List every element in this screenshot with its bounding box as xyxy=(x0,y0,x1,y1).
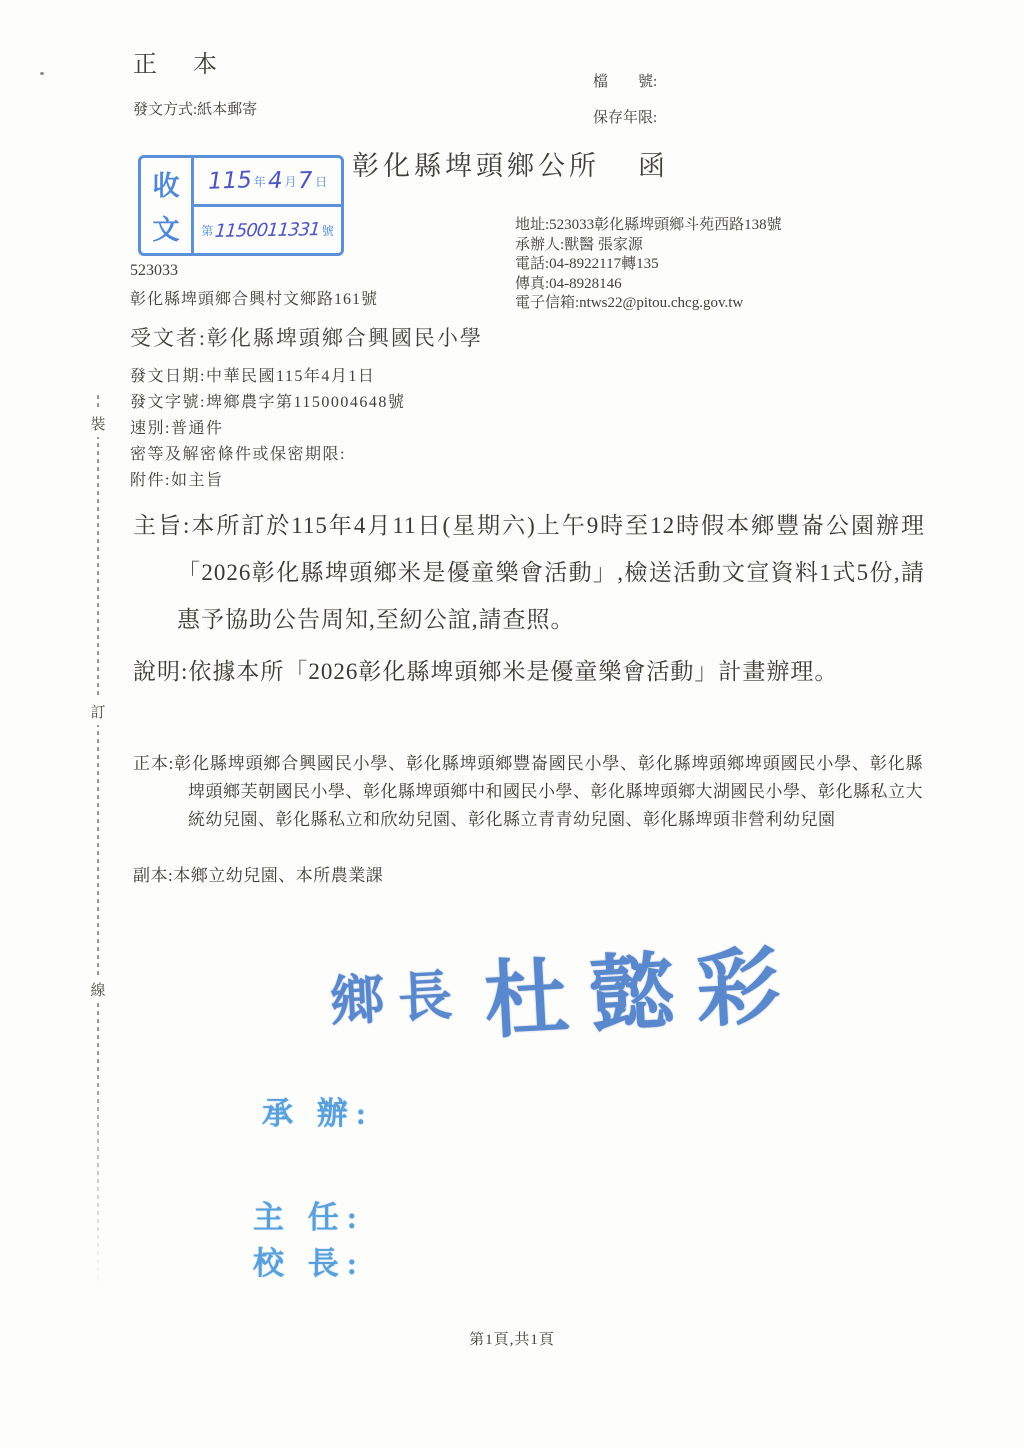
recipient-zip: 523033 xyxy=(130,262,178,280)
scan-speck xyxy=(40,72,44,75)
issuer-phone: 電話:04-8922117轉135 xyxy=(515,255,782,275)
file-number-label: 檔 號: xyxy=(593,70,657,91)
binding-dashed-line xyxy=(97,395,99,1290)
approval-handler-stamp: 承 辦: xyxy=(262,1088,374,1133)
receipt-stamp: 收 文 115 年 4 月 7 日 第 1150011331 號 xyxy=(138,155,344,256)
speed-class: 速別:普通件 xyxy=(130,416,405,442)
description-text: 依據本所「2026彰化縣埤頭鄉米是優童樂會活動」計畫辦理。 xyxy=(188,659,838,684)
mayor-signature-stamp: 鄉長杜懿彩 xyxy=(327,918,803,1063)
binding-char-zhuang: 裝 xyxy=(89,410,107,437)
issuer-address: 地址:523033彰化縣埤頭鄉斗苑西路138號 xyxy=(515,216,782,236)
receipt-year-value: 115 xyxy=(207,167,252,195)
receipt-stamp-fields: 115 年 4 月 7 日 第 1150011331 號 xyxy=(191,158,341,253)
receipt-stamp-label: 收 文 xyxy=(141,158,191,253)
original-list: 彰化縣埤頭鄉合興國民小學、彰化縣埤頭鄉豐崙國民小學、彰化縣埤頭鄉埤頭國民小學、彰… xyxy=(174,754,923,829)
copy-type-label: 正 本 xyxy=(133,44,223,79)
page-footer: 第1頁,共1頁 xyxy=(0,1328,1024,1349)
issue-date: 發文日期:中華民國115年4月1日 xyxy=(130,364,405,390)
subject-paragraph: 主旨:本所訂於115年4月11日(星期六)上午9時至12時假本鄉豐崙公園辦理「2… xyxy=(133,502,925,643)
receipt-number-prefix: 第 xyxy=(201,222,213,239)
security-class: 密等及解密條件或保密期限: xyxy=(130,442,405,468)
copy-recipients: 副本:本鄉立幼兒園、本所農業課 xyxy=(133,862,923,890)
subject-text: 本所訂於115年4月11日(星期六)上午9時至12時假本鄉豐崙公園辦理「2026… xyxy=(177,513,925,632)
approval-director-stamp: 主 任: xyxy=(253,1192,365,1237)
copy-label: 副本: xyxy=(133,866,173,885)
receipt-number-suffix: 號 xyxy=(322,222,334,239)
receipt-char-wen: 文 xyxy=(153,208,180,247)
issuer-title: 彰化縣埤頭鄉公所函 xyxy=(352,144,669,183)
subject-label: 主旨: xyxy=(133,513,190,538)
copy-list: 本鄉立幼兒園、本所農業課 xyxy=(173,866,383,885)
receipt-day-value: 7 xyxy=(298,168,314,194)
binding-char-xian: 線 xyxy=(89,976,107,1003)
description-paragraph: 說明:依據本所「2026彰化縣埤頭鄉米是優童樂會活動」計畫辦理。 xyxy=(133,648,925,695)
receipt-day-char: 日 xyxy=(315,173,327,190)
attachment-note: 附件:如主旨 xyxy=(130,468,405,494)
issuer-fax: 傳真:04-8928146 xyxy=(515,275,782,295)
issuer-email: 電子信箱:ntws22@pitou.chcg.gov.tw xyxy=(515,294,782,314)
receipt-year-char: 年 xyxy=(254,173,266,190)
original-label: 正本: xyxy=(133,754,174,773)
issuer-contact-person: 承辦人:獸醫 張家源 xyxy=(515,236,782,256)
retention-period-label: 保存年限: xyxy=(593,106,657,127)
original-recipients: 正本:彰化縣埤頭鄉合興國民小學、彰化縣埤頭鄉豐崙國民小學、彰化縣埤頭鄉埤頭國民小… xyxy=(133,750,923,834)
scanned-official-letter: 正 本 檔 號: 發文方式:紙本郵寄 保存年限: 收 文 115 年 4 月 7… xyxy=(0,0,1024,1448)
mayor-name: 杜懿彩 xyxy=(482,940,804,1050)
document-meta-block: 發文日期:中華民國115年4月1日 發文字號:埤鄉農字第1150004648號 … xyxy=(130,364,405,494)
description-label: 說明: xyxy=(133,659,188,684)
recipient-line: 受文者:彰化縣埤頭鄉合興國民小學 xyxy=(130,322,483,352)
receipt-month-char: 月 xyxy=(284,173,296,190)
document-type: 函 xyxy=(638,151,669,181)
delivery-method-label: 發文方式:紙本郵寄 xyxy=(133,98,257,119)
issuer-contact-block: 地址:523033彰化縣埤頭鄉斗苑西路138號 承辦人:獸醫 張家源 電話:04… xyxy=(515,216,782,314)
mayor-title: 鄉長 xyxy=(329,965,468,1032)
recipient-address: 彰化縣埤頭鄉合興村文鄉路161號 xyxy=(130,286,378,309)
receipt-number-row: 第 1150011331 號 xyxy=(194,207,341,253)
receipt-date-row: 115 年 4 月 7 日 xyxy=(194,158,341,207)
receipt-month-value: 4 xyxy=(267,168,283,194)
receipt-number-value: 1150011331 xyxy=(214,219,321,242)
document-number: 發文字號:埤鄉農字第1150004648號 xyxy=(130,390,405,416)
approval-principal-stamp: 校 長: xyxy=(253,1238,365,1283)
issuer-org-name: 彰化縣埤頭鄉公所 xyxy=(352,151,600,181)
receipt-char-shou: 收 xyxy=(153,164,180,203)
binding-char-ding: 訂 xyxy=(89,698,107,725)
